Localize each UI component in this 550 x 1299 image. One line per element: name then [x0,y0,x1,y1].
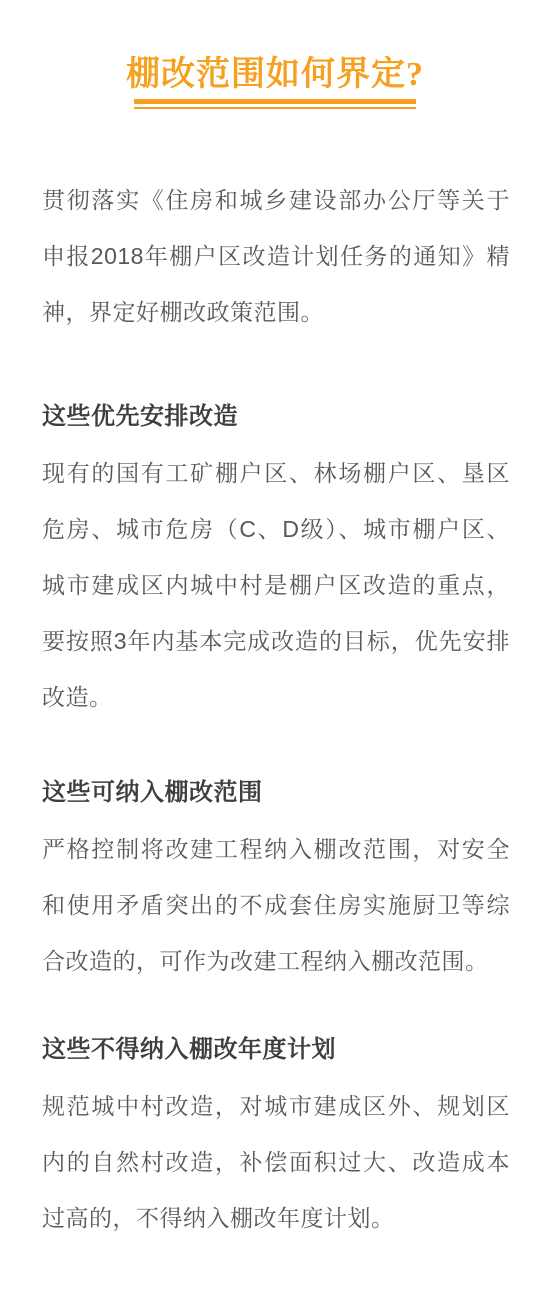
section-paragraph: 规范城中村改造，对城市建成区外、规划区内的自然村改造，补偿面积过大、改造成本过高… [42,1078,510,1246]
section-heading: 这些优先安排改造 [42,389,510,445]
title-underline-thin-rule [134,107,416,109]
title-underline [134,99,416,109]
section-may-include: 这些可纳入棚改范围 严格控制将改建工程纳入棚改范围，对安全和使用矛盾突出的不成套… [42,765,510,989]
article-header: 棚改范围如何界定? [0,0,550,109]
title-underline-thick-rule [134,99,416,104]
section-paragraph: 严格控制将改建工程纳入棚改范围，对安全和使用矛盾突出的不成套住房实施厨卫等综合改… [42,821,510,989]
article-content: 贯彻落实《住房和城乡建设部办公厅等关于申报2018年棚户区改造计划任务的通知》精… [0,172,550,1246]
section-heading: 这些不得纳入棚改年度计划 [42,1022,510,1078]
article-page: 棚改范围如何界定? 贯彻落实《住房和城乡建设部办公厅等关于申报2018年棚户区改… [0,0,550,1299]
section-priority-renovation: 这些优先安排改造 现有的国有工矿棚户区、林场棚户区、垦区危房、城市危房（C、D级… [42,389,510,725]
intro-paragraph: 贯彻落实《住房和城乡建设部办公厅等关于申报2018年棚户区改造计划任务的通知》精… [42,172,510,340]
section-heading: 这些可纳入棚改范围 [42,765,510,821]
section-must-exclude: 这些不得纳入棚改年度计划 规范城中村改造，对城市建成区外、规划区内的自然村改造，… [42,1022,510,1246]
page-title: 棚改范围如何界定? [126,56,424,94]
section-paragraph: 现有的国有工矿棚户区、林场棚户区、垦区危房、城市危房（C、D级）、城市棚户区、城… [42,445,510,725]
